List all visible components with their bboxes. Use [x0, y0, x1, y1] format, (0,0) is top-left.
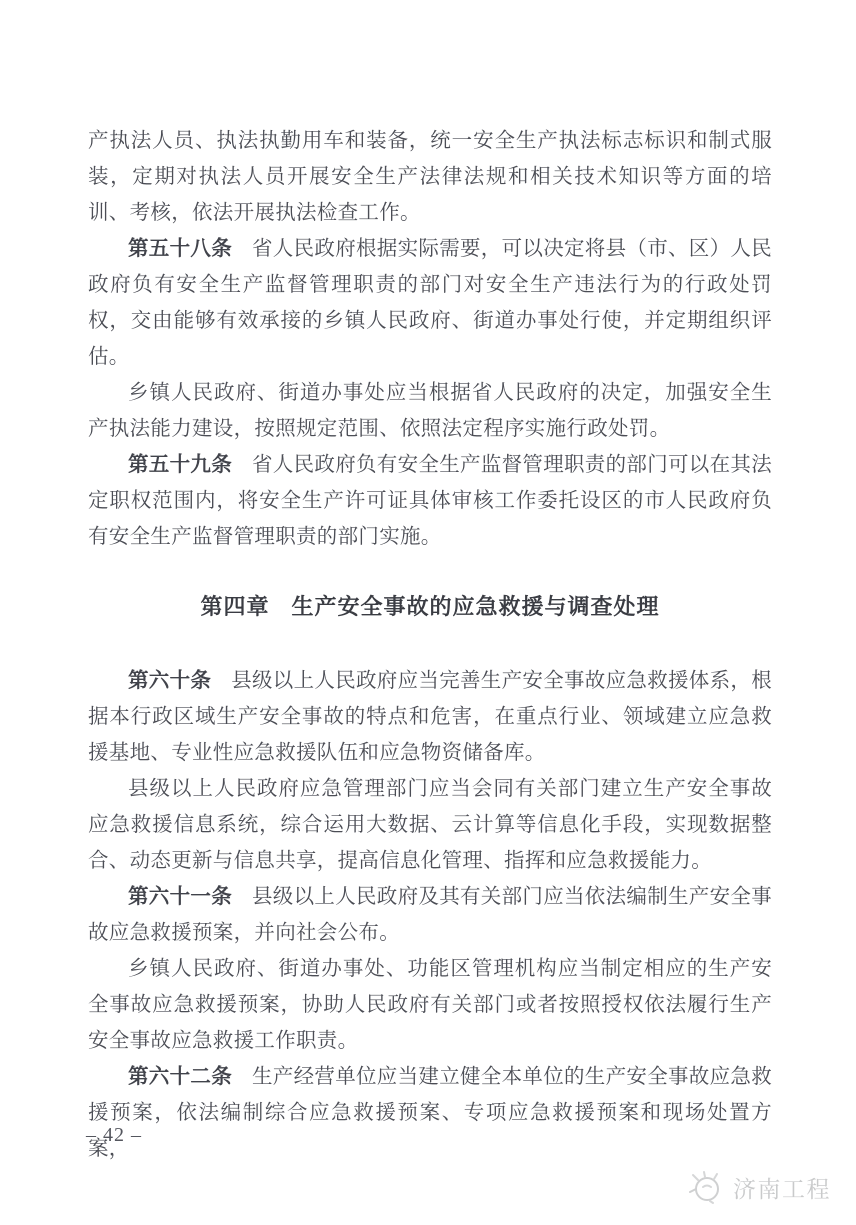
article-number: 第六十一条 — [128, 886, 232, 908]
paragraph-article-60: 第六十条县级以上人民政府应当完善生产安全事故应急救援体系，根据本行政区域生产安全… — [88, 663, 772, 771]
page-number: – 42 – — [86, 1120, 142, 1150]
document-content: 产执法人员、执法执勤用车和装备，统一安全生产执法标志标识和制式服装，定期对执法人… — [88, 123, 772, 1167]
article-number: 第六十条 — [128, 670, 211, 692]
paragraph-body: 县级以上人民政府应急管理部门应当会同有关部门建立生产安全事故应急救援信息系统，综… — [88, 771, 772, 879]
article-number: 第六十二条 — [128, 1066, 232, 1088]
paragraph-article-61: 第六十一条县级以上人民政府及其有关部门应当依法编制生产安全事故应急救援预案，并向… — [88, 879, 772, 951]
paragraph-article-58: 第五十八条省人民政府根据实际需要，可以决定将县（市、区）人民政府负有安全生产监督… — [88, 231, 772, 375]
megaphone-icon — [688, 1170, 728, 1204]
article-number: 第五十九条 — [128, 454, 232, 476]
article-number: 第五十八条 — [128, 238, 232, 260]
chapter-number: 第四章 — [200, 594, 269, 619]
chapter-heading: 第四章生产安全事故的应急救援与调查处理 — [88, 589, 772, 625]
document-page: 产执法人员、执法执勤用车和装备，统一安全生产执法标志标识和制式服装，定期对执法人… — [0, 0, 856, 1225]
watermark-label: 济南工程 — [733, 1171, 831, 1204]
paragraph-continuation: 产执法人员、执法执勤用车和装备，统一安全生产执法标志标识和制式服装，定期对执法人… — [88, 123, 772, 231]
watermark: 济南工程 — [688, 1170, 831, 1204]
paragraph-body: 乡镇人民政府、街道办事处、功能区管理机构应当制定相应的生产安全事故应急救援预案，… — [88, 951, 772, 1059]
paragraph-article-62: 第六十二条生产经营单位应当建立健全本单位的生产安全事故应急救援预案，依法编制综合… — [88, 1059, 772, 1167]
chapter-title: 生产安全事故的应急救援与调查处理 — [292, 594, 660, 619]
paragraph-body: 乡镇人民政府、街道办事处应当根据省人民政府的决定，加强安全生产执法能力建设，按照… — [88, 375, 772, 447]
paragraph-article-59: 第五十九条省人民政府负有安全生产监督管理职责的部门可以在其法定职权范围内，将安全… — [88, 447, 772, 555]
